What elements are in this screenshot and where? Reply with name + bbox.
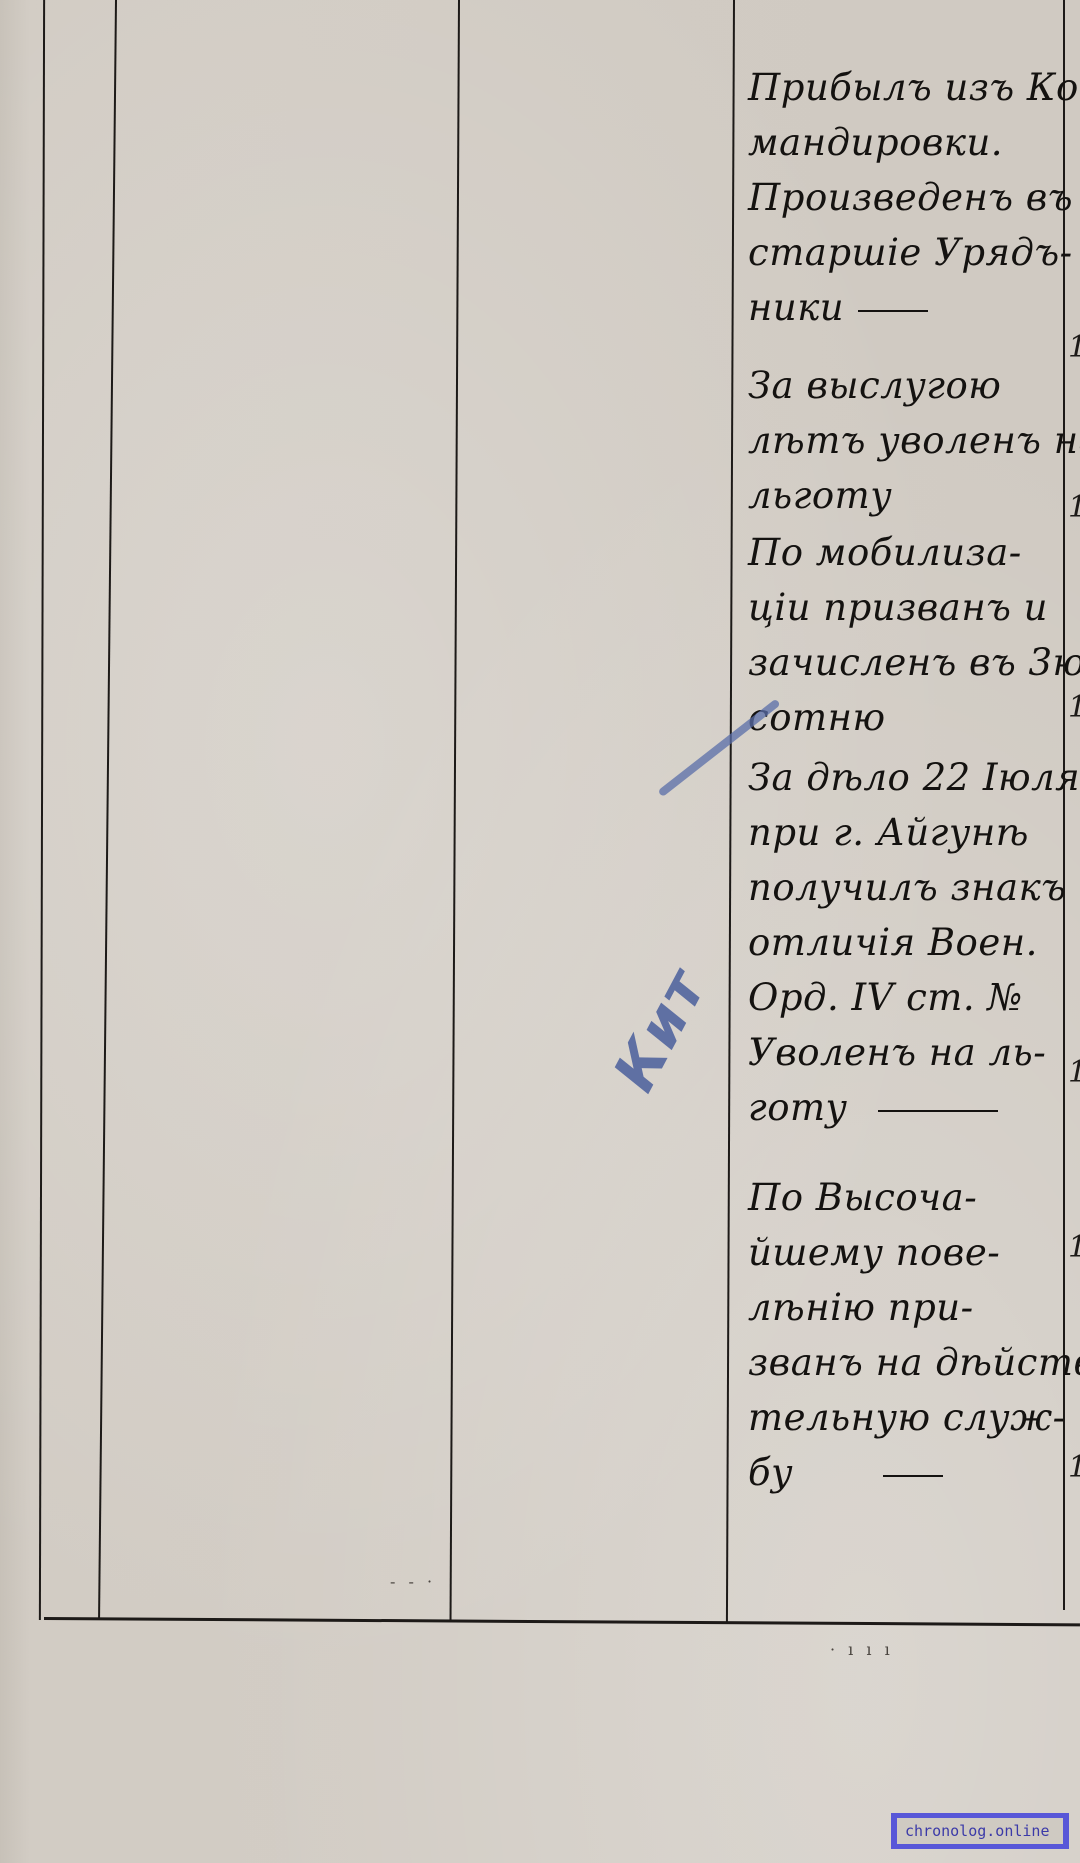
entry-line: званъ на дѣйстви- [748, 1335, 1067, 1390]
entry-line: Произведенъ въ [748, 170, 1067, 225]
entry-line: мандировки. [748, 115, 1067, 170]
entry-line: За дѣло 22 Іюля [748, 750, 1067, 805]
entry-line: Прибылъ изъ Ко- [748, 60, 1067, 115]
entry-line: сотню [748, 690, 1067, 745]
entry-line: ціи призванъ и [748, 580, 1067, 635]
entry-line: льготу [748, 468, 1067, 523]
watermark-badge: chronolog.online [891, 1813, 1069, 1849]
entry-line: готу [748, 1080, 1067, 1135]
entry-line: получилъ знакъ [748, 860, 1067, 915]
margin-mark: 1 [1068, 1450, 1080, 1485]
entry-line: при г. Айгунѣ [748, 805, 1067, 860]
entry-line: По Высоча- [748, 1170, 1067, 1225]
margin-mark: 18 [1068, 490, 1080, 525]
margin-mark: 18 [1068, 330, 1080, 365]
watermark-text: chronolog.online [897, 1818, 1063, 1844]
entry-1: Прибылъ изъ Ко- мандировки. Произведенъ … [748, 60, 1067, 335]
entry-line: По мобилиза- [748, 525, 1067, 580]
entry-line: За выслугою [748, 358, 1067, 413]
entry-2: За выслугою лѣтъ уволенъ на льготу [748, 358, 1067, 523]
ink-specks: ‐ ‐ · [390, 1572, 436, 1591]
entry-line: Уволенъ на ль- [748, 1025, 1067, 1080]
entry-3: По мобилиза- ціи призванъ и зачисленъ въ… [748, 525, 1067, 745]
dash-rule [878, 1110, 998, 1112]
margin-mark: 18 [1068, 1230, 1080, 1265]
ink-specks: · ı ı ı [830, 1640, 894, 1659]
entry-line: старшіе Урядъ- [748, 225, 1067, 280]
entry-line: отличія Воен. [748, 915, 1067, 970]
remarks-column: Прибылъ изъ Ко- мандировки. Произведенъ … [742, 40, 1067, 1600]
entry-line: лѣтъ уволенъ на [748, 413, 1067, 468]
entry-line: йшему пове- [748, 1225, 1067, 1280]
margin-mark: 18 [1068, 690, 1080, 725]
entry-line: лѣнію при- [748, 1280, 1067, 1335]
entry-5: По Высоча- йшему пове- лѣнію при- званъ … [748, 1170, 1067, 1500]
entry-line: ники [748, 280, 1067, 335]
entry-4: За дѣло 22 Іюля при г. Айгунѣ получилъ з… [748, 750, 1067, 1135]
margin-mark: 18 [1068, 1055, 1080, 1090]
dash-rule [858, 310, 928, 312]
entry-line: бу [748, 1445, 1067, 1500]
dash-rule [883, 1475, 943, 1477]
entry-line: Орд. IV ст. № [748, 970, 1067, 1025]
entry-line: зачисленъ въ 3ю [748, 635, 1067, 690]
entry-line: тельную служ- [748, 1390, 1067, 1445]
